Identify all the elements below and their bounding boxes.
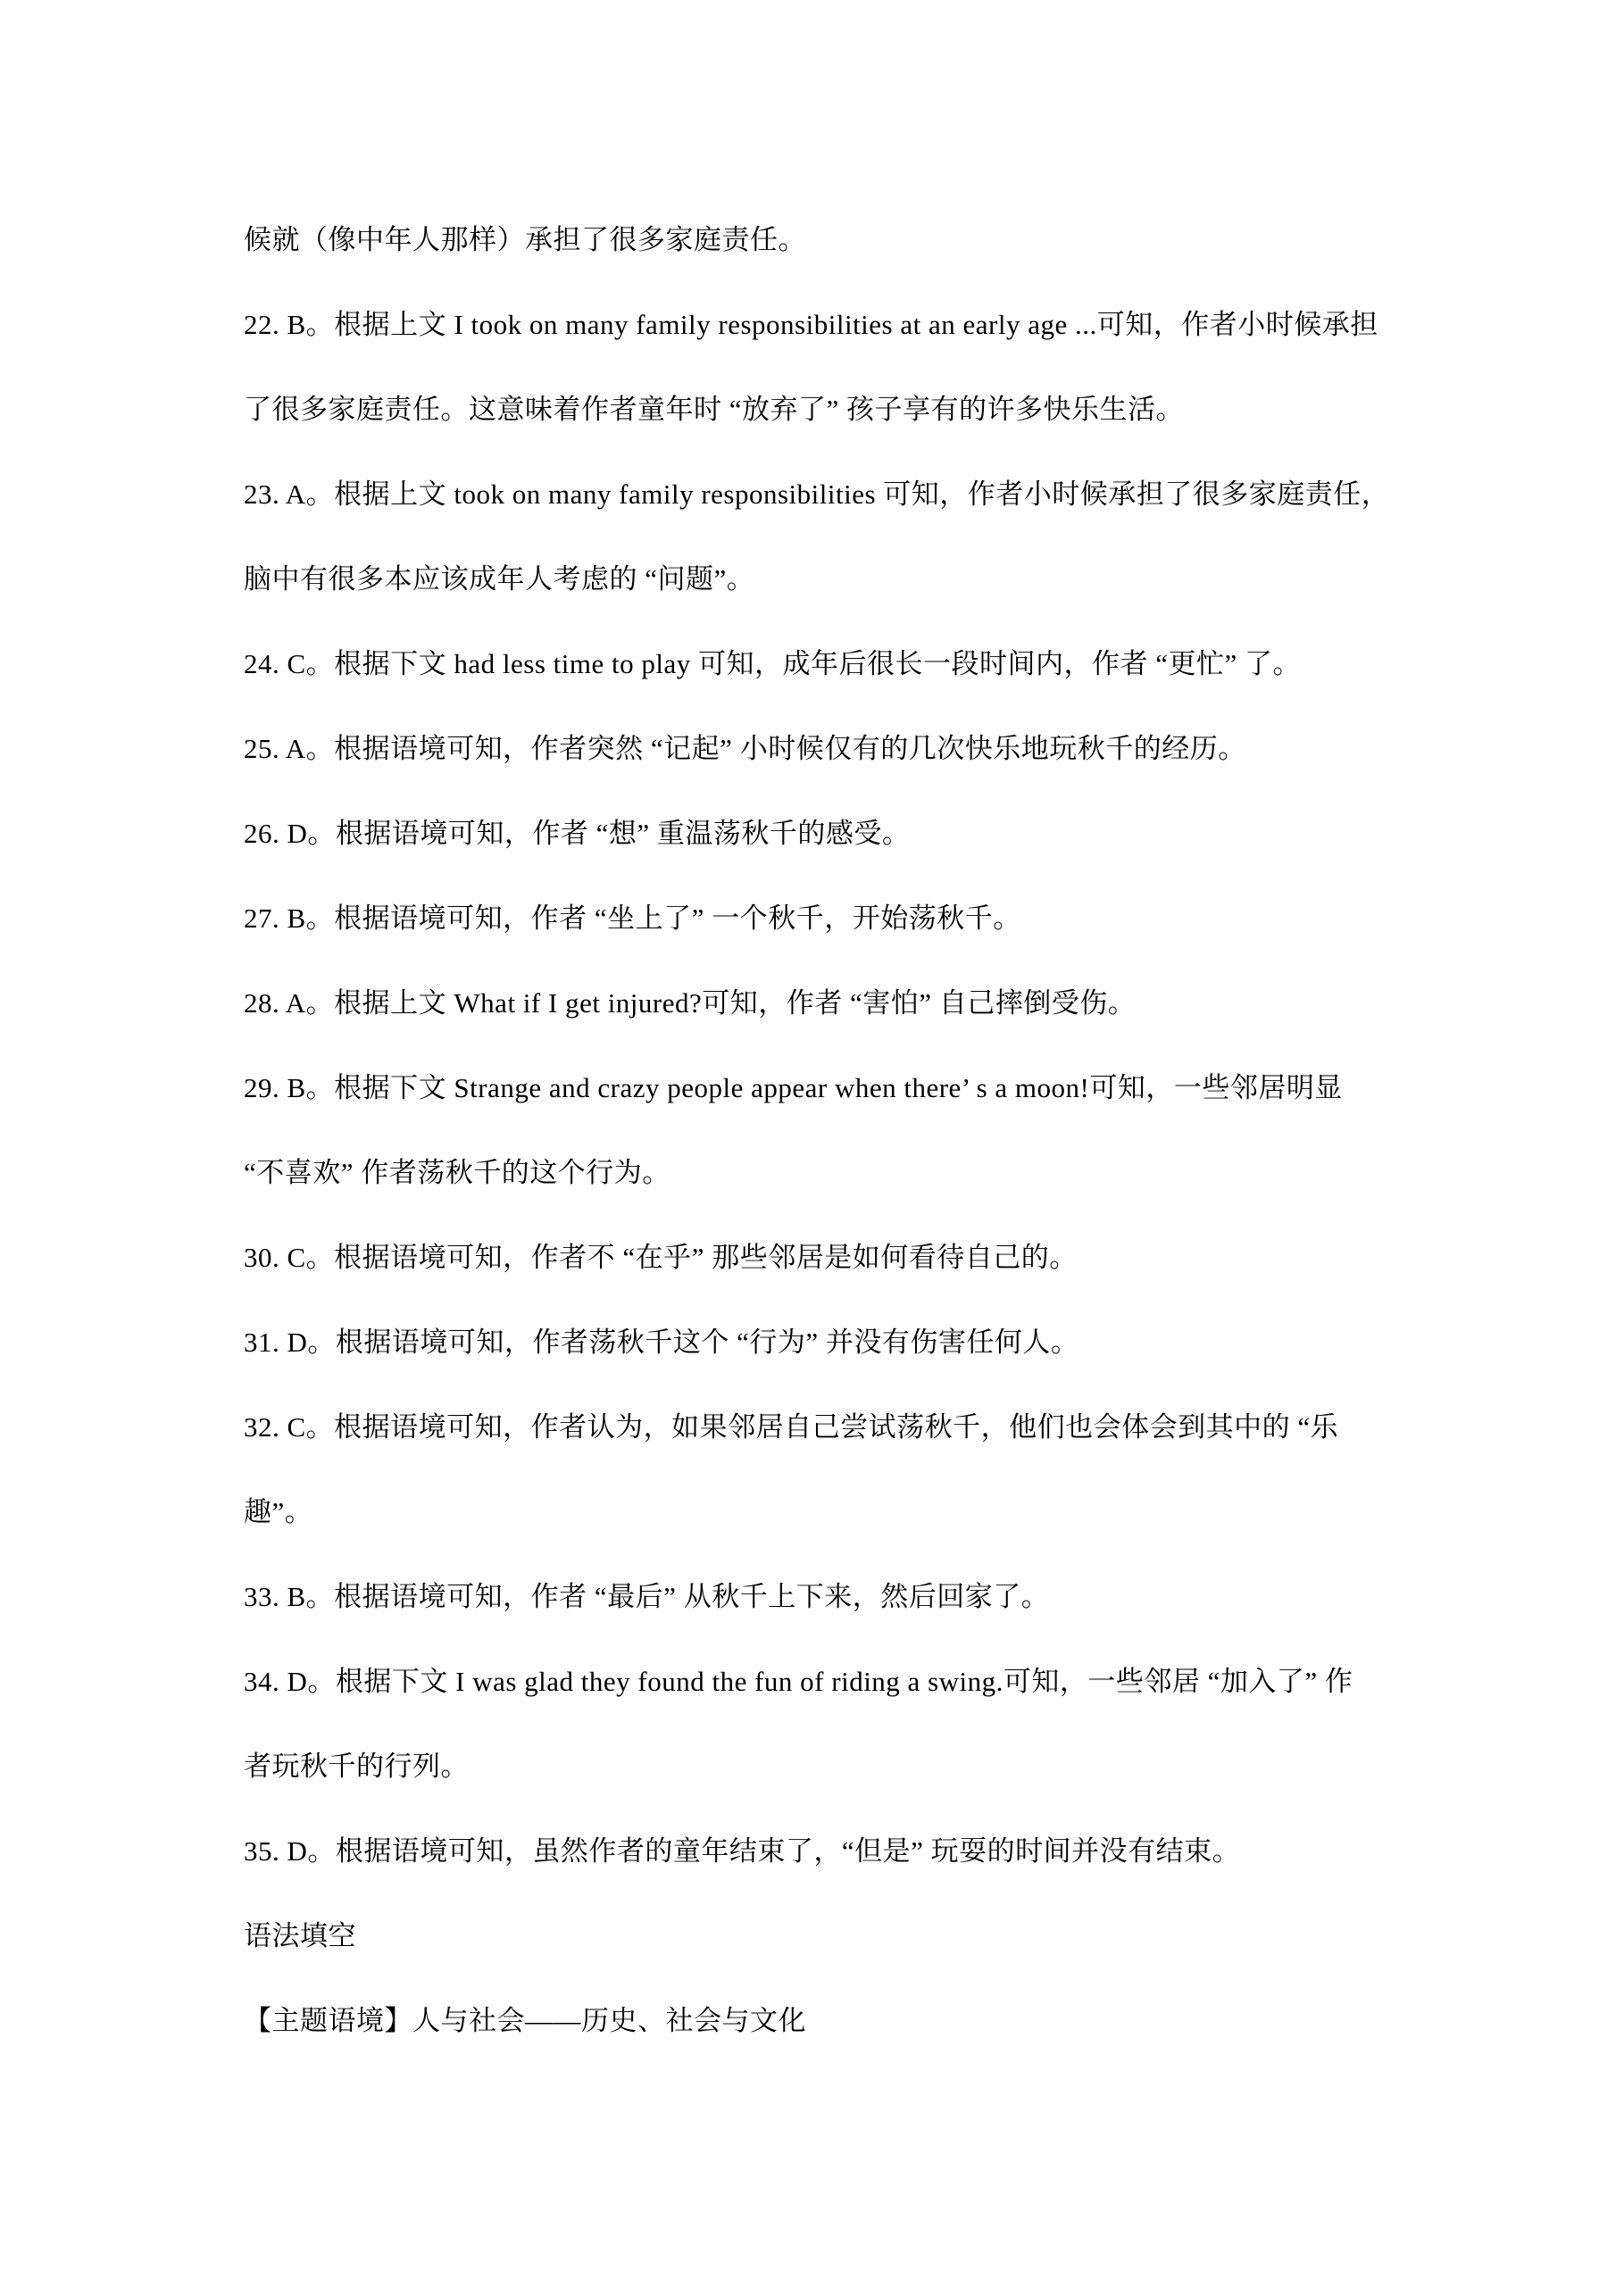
document-body: 候就（像中年人那样）承担了很多家庭责任。 22. B。根据上文 I took o… bbox=[244, 195, 1570, 2060]
answer-29-line-2: “不喜欢” 作者荡秋千的这个行为。 bbox=[244, 1127, 1570, 1212]
answer-30-line-1: 30. C。根据语境可知，作者不 “在乎” 那些邻居是如何看待自己的。 bbox=[244, 1212, 1570, 1297]
document-page: 候就（像中年人那样）承担了很多家庭责任。 22. B。根据上文 I took o… bbox=[0, 0, 1624, 2296]
answer-31-line-1: 31. D。根据语境可知，作者荡秋千这个 “行为” 并没有伤害任何人。 bbox=[244, 1297, 1570, 1382]
answer-22-line-2: 了很多家庭责任。这意味着作者童年时 “放弃了” 孩子享有的许多快乐生活。 bbox=[244, 364, 1570, 449]
answer-35-line-1: 35. D。根据语境可知，虽然作者的童年结束了，“但是” 玩耍的时间并没有结束。 bbox=[244, 1806, 1570, 1891]
answer-24-line-1: 24. C。根据下文 had less time to play 可知，成年后很… bbox=[244, 619, 1570, 703]
answer-29-line-1: 29. B。根据下文 Strange and crazy people appe… bbox=[244, 1043, 1570, 1127]
answer-32-line-1: 32. C。根据语境可知，作者认为，如果邻居自己尝试荡秋千，他们也会体会到其中的… bbox=[244, 1382, 1570, 1467]
answer-28-line-1: 28. A。根据上文 What if I get injured?可知，作者 “… bbox=[244, 958, 1570, 1043]
answer-27-line-1: 27. B。根据语境可知，作者 “坐上了” 一个秋千，开始荡秋千。 bbox=[244, 873, 1570, 958]
paragraph-continuation-line: 候就（像中年人那样）承担了很多家庭责任。 bbox=[244, 195, 1570, 279]
answer-26-line-1: 26. D。根据语境可知，作者 “想” 重温荡秋千的感受。 bbox=[244, 788, 1570, 873]
answer-25-line-1: 25. A。根据语境可知，作者突然 “记起” 小时候仅有的几次快乐地玩秋千的经历… bbox=[244, 703, 1570, 788]
answer-23-line-2: 脑中有很多本应该成年人考虑的 “问题”。 bbox=[244, 534, 1570, 619]
section-heading-grammar-fill: 语法填空 bbox=[244, 1891, 1570, 1976]
answer-32-line-2: 趣”。 bbox=[244, 1467, 1570, 1551]
answer-33-line-1: 33. B。根据语境可知，作者 “最后” 从秋千上下来，然后回家了。 bbox=[244, 1551, 1570, 1636]
answer-23-line-1: 23. A。根据上文 took on many family responsib… bbox=[244, 449, 1570, 534]
answer-22-line-1: 22. B。根据上文 I took on many family respons… bbox=[244, 279, 1570, 364]
answer-34-line-1: 34. D。根据下文 I was glad they found the fun… bbox=[244, 1636, 1570, 1721]
theme-context-line: 【主题语境】人与社会——历史、社会与文化 bbox=[244, 1976, 1570, 2060]
answer-34-line-2: 者玩秋千的行列。 bbox=[244, 1721, 1570, 1806]
